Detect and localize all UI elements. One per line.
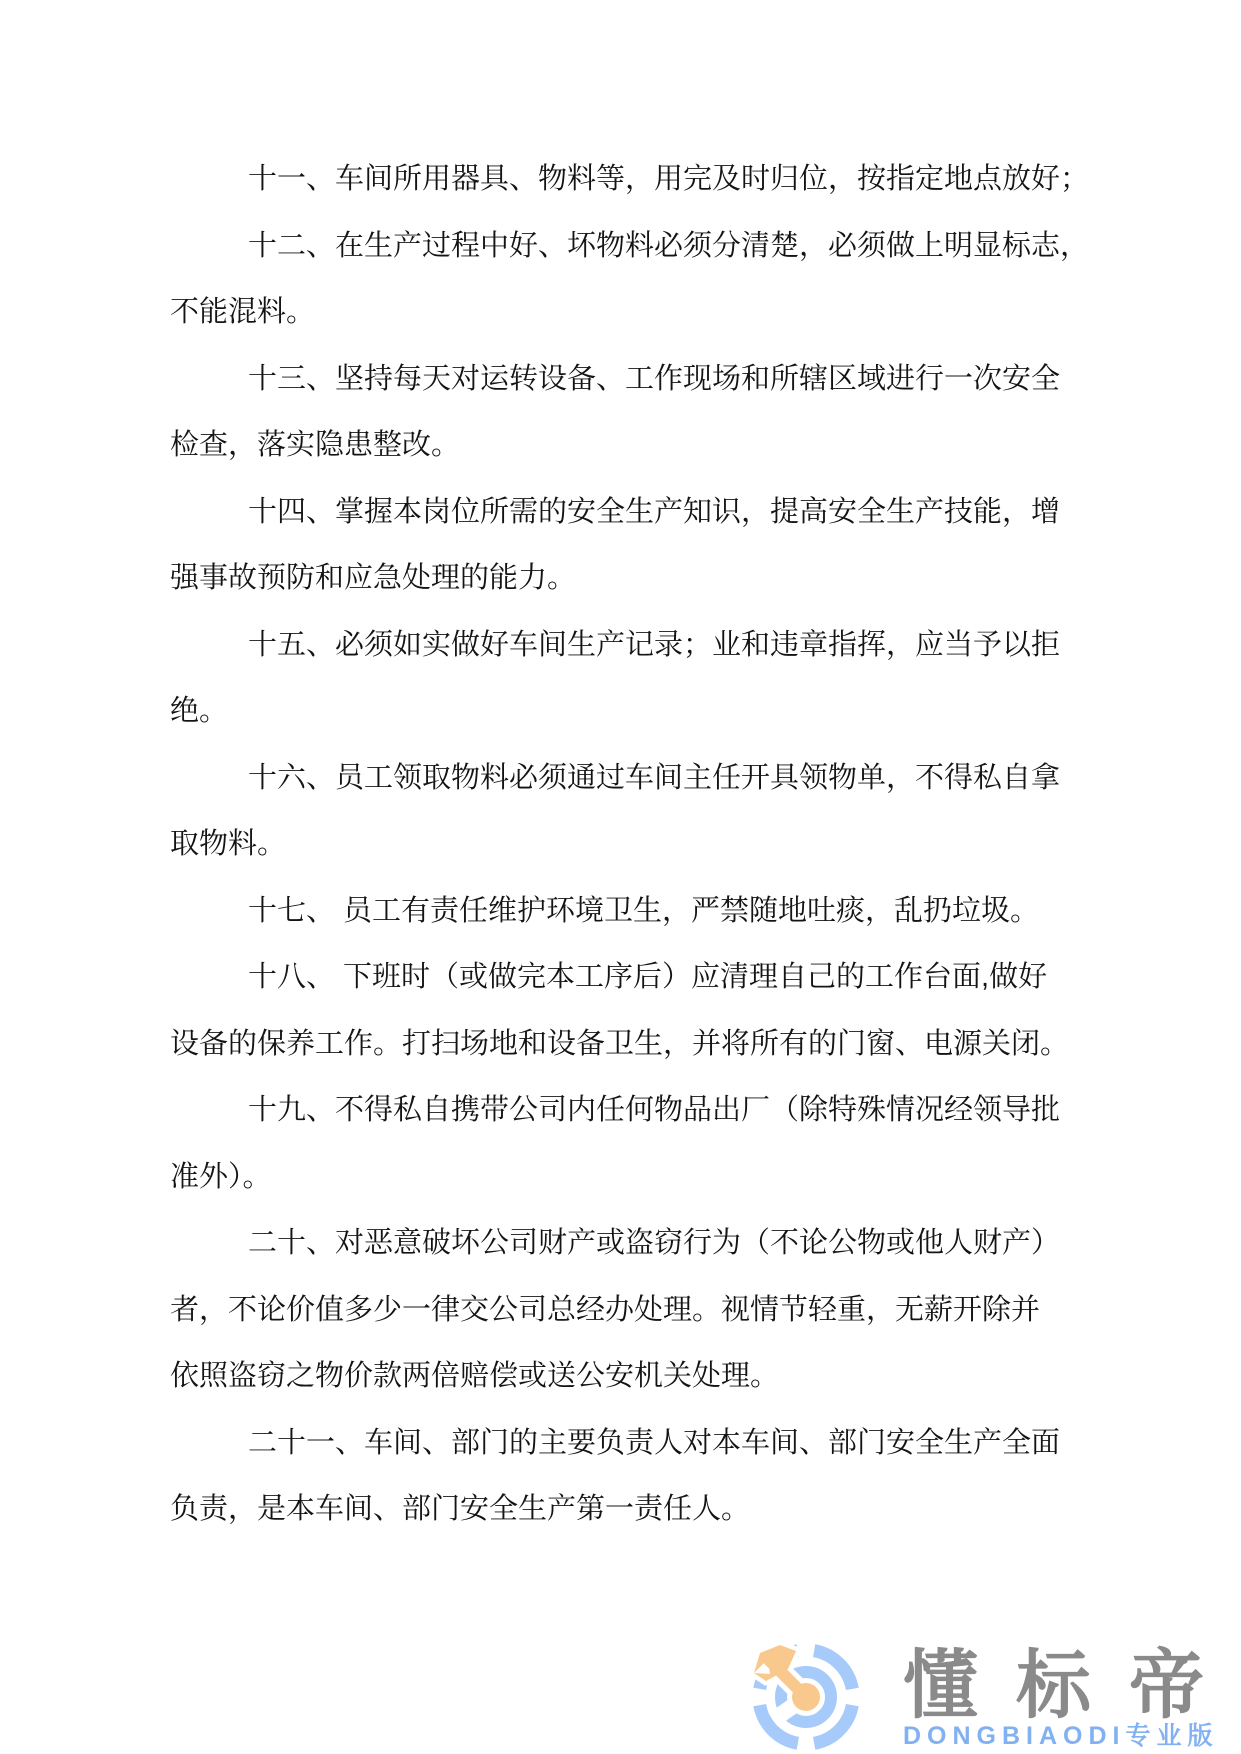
document-line: 十七、 员工有责任维护环境卫生，严禁随地吐痰，乱扔垃圾。	[170, 878, 1085, 945]
document-line: 十二、在生产过程中好、坏物料必须分清楚，必须做上明显标志，	[170, 213, 1085, 280]
document-line: 不能混料。	[170, 279, 1085, 346]
watermark-edition: 专业版	[1126, 1722, 1219, 1750]
document-body: 十一、车间所用器具、物料等，用完及时归位，按指定地点放好；十二、在生产过程中好、…	[170, 146, 1085, 1543]
document-line: 检查，落实隐患整改。	[170, 412, 1085, 479]
document-line: 十九、不得私自携带公司内任何物品出厂（除特殊情况经领导批	[170, 1077, 1085, 1144]
document-line: 负责，是本车间、部门安全生产第一责任人。	[170, 1476, 1085, 1543]
document-line: 十一、车间所用器具、物料等，用完及时归位，按指定地点放好；	[170, 146, 1085, 213]
document-line: 十三、坚持每天对运转设备、工作现场和所辖区域进行一次安全	[170, 346, 1085, 413]
document-line: 十八、 下班时（或做完本工序后）应清理自己的工作台面,做好	[170, 944, 1085, 1011]
document-line: 者，不论价值多少一律交公司总经办处理。视情节轻重，无薪开除并	[170, 1277, 1085, 1344]
document-line: 绝。	[170, 678, 1085, 745]
document-line: 十五、必须如实做好车间生产记录；业和违章指挥，应当予以拒	[170, 612, 1085, 679]
document-line: 十六、员工领取物料必须通过车间主任开具领物单，不得私自拿	[170, 745, 1085, 812]
document-line: 准外）。	[170, 1144, 1085, 1211]
document-line: 十四、掌握本岗位所需的安全生产知识，提高安全生产技能，增	[170, 479, 1085, 546]
document-line: 强事故预防和应急处理的能力。	[170, 545, 1085, 612]
target-arrow-icon	[750, 1641, 862, 1753]
document-line: 依照盗窃之物价款两倍赔偿或送公安机关处理。	[170, 1343, 1085, 1410]
document-line: 取物料。	[170, 811, 1085, 878]
watermark-brand-en-latin: DONGBIAODI	[903, 1722, 1126, 1750]
watermark-brand-cn: 懂标帝	[903, 1648, 1241, 1723]
document-line: 二十一、车间、部门的主要负责人对本车间、部门安全生产全面	[170, 1410, 1085, 1477]
document-line: 设备的保养工作。打扫场地和设备卫生，并将所有的门窗、电源关闭。	[170, 1011, 1085, 1078]
document-line: 二十、对恶意破坏公司财产或盗窃行为（不论公物或他人财产）	[170, 1210, 1085, 1277]
watermark-brand-en: DONGBIAODI专业版	[903, 1724, 1219, 1749]
